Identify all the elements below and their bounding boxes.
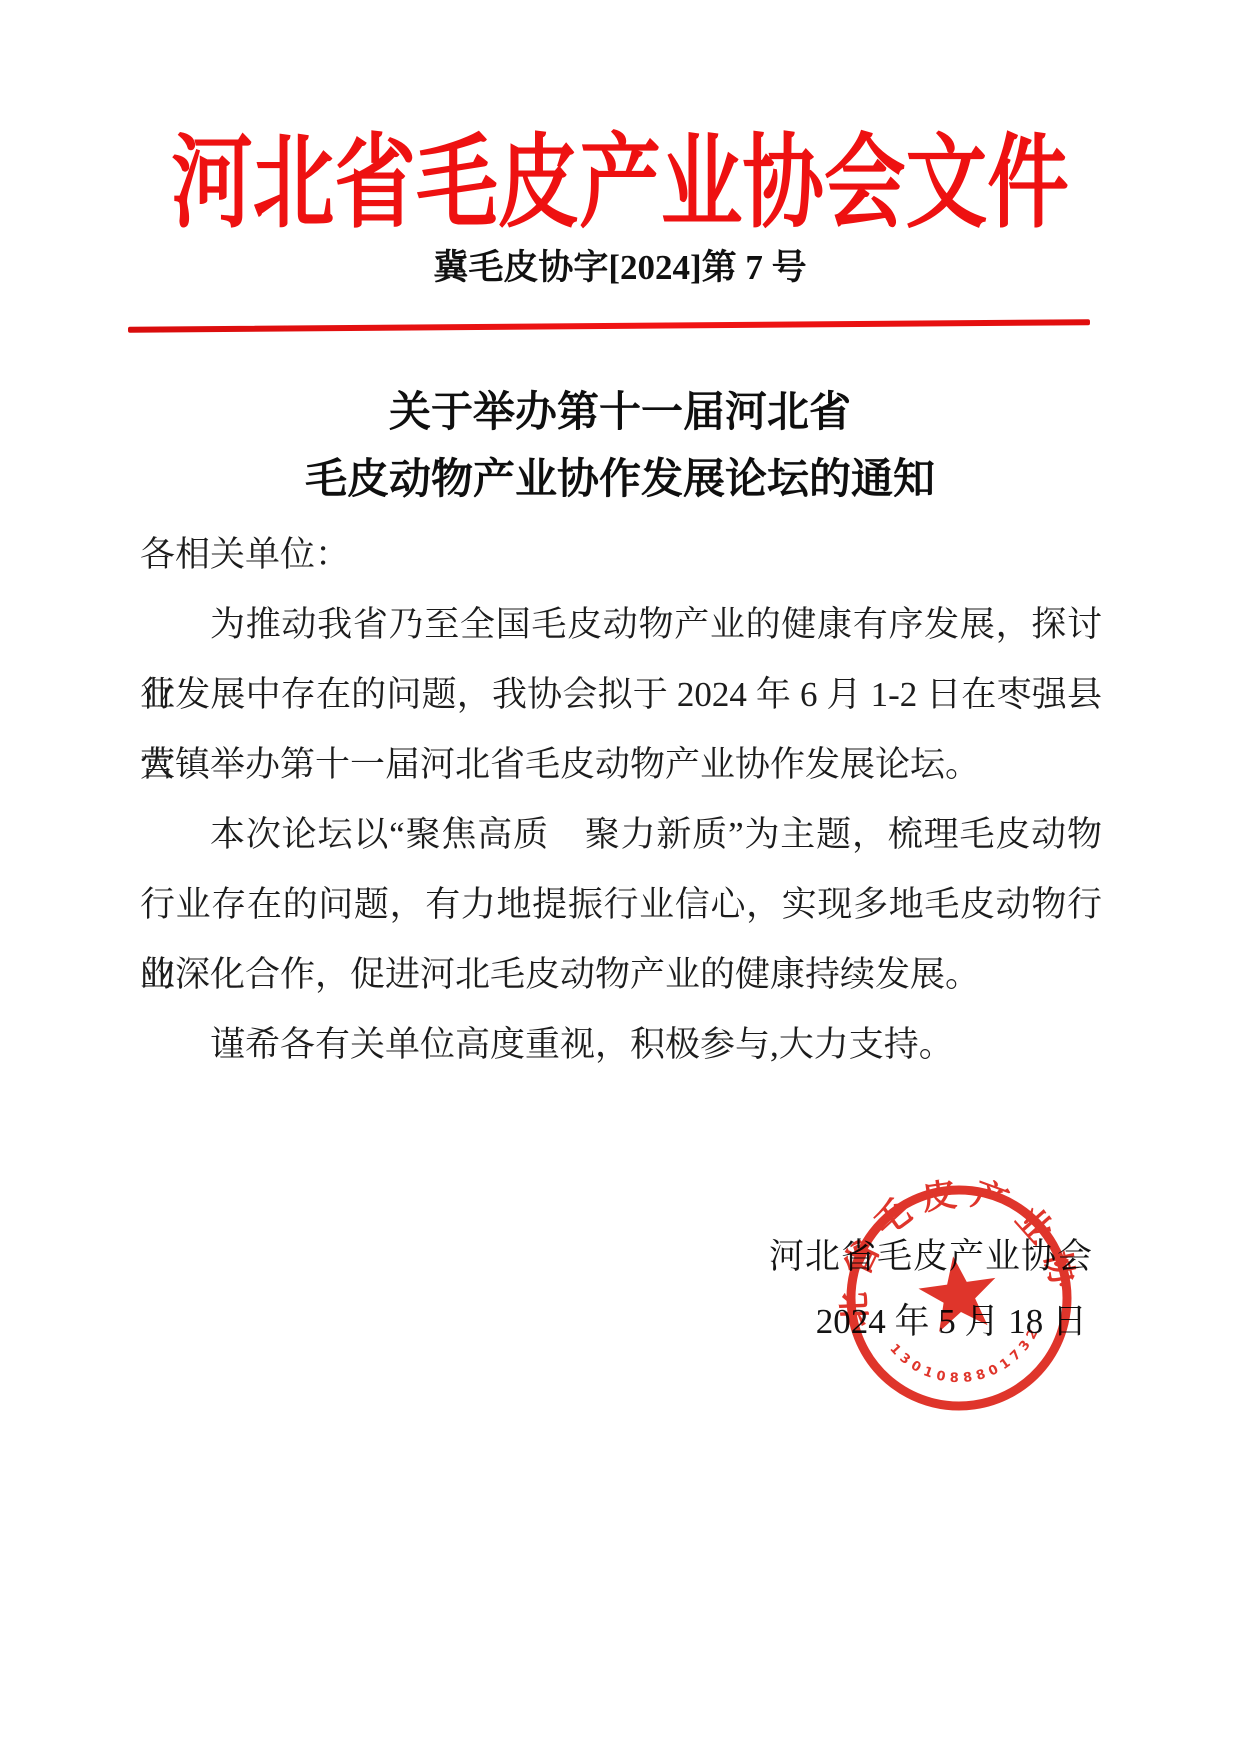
body-line: 的深化合作，促进河北毛皮动物产业的健康持续发展。 — [140, 940, 1102, 1010]
red-divider-line — [128, 319, 1090, 333]
notice-title: 关于举办第十一届河北省 毛皮动物产业协作发展论坛的通知 — [0, 378, 1240, 512]
seal-star-icon — [915, 1251, 1002, 1334]
official-seal: 河北省毛皮产业协会 1301088801732 — [823, 1162, 1094, 1433]
salutation: 各相关单位： — [140, 520, 1102, 590]
document-page: 河北省毛皮产业协会文件 冀毛皮协字[2024]第 7 号 关于举办第十一届河北省… — [0, 0, 1240, 1754]
body-line: 营镇举办第十一届河北省毛皮动物产业协作发展论坛。 — [140, 730, 1102, 800]
body-line: 谨希各有关单位高度重视，积极参与,大力支持。 — [140, 1010, 1102, 1080]
body-line: 行业存在的问题，有力地提振行业信心，实现多地毛皮动物行业 — [140, 870, 1102, 940]
letterhead-title-text: 河北省毛皮产业协会文件 — [171, 122, 1069, 248]
notice-title-line2: 毛皮动物产业协作发展论坛的通知 — [0, 445, 1240, 512]
notice-title-line1: 关于举办第十一届河北省 — [0, 378, 1240, 445]
body-line: 本次论坛以“聚焦高质 聚力新质”为主题，梳理毛皮动物 — [140, 800, 1102, 870]
body-line: 业发展中存在的问题，我协会拟于 2024 年 6 月 1-2 日在枣强县大 — [140, 660, 1102, 730]
body-line: 为推动我省乃至全国毛皮动物产业的健康有序发展，探讨行 — [140, 590, 1102, 660]
notice-body: 各相关单位： 为推动我省乃至全国毛皮动物产业的健康有序发展，探讨行 业发展中存在… — [140, 520, 1102, 1080]
document-number: 冀毛皮协字[2024]第 7 号 — [0, 244, 1240, 292]
